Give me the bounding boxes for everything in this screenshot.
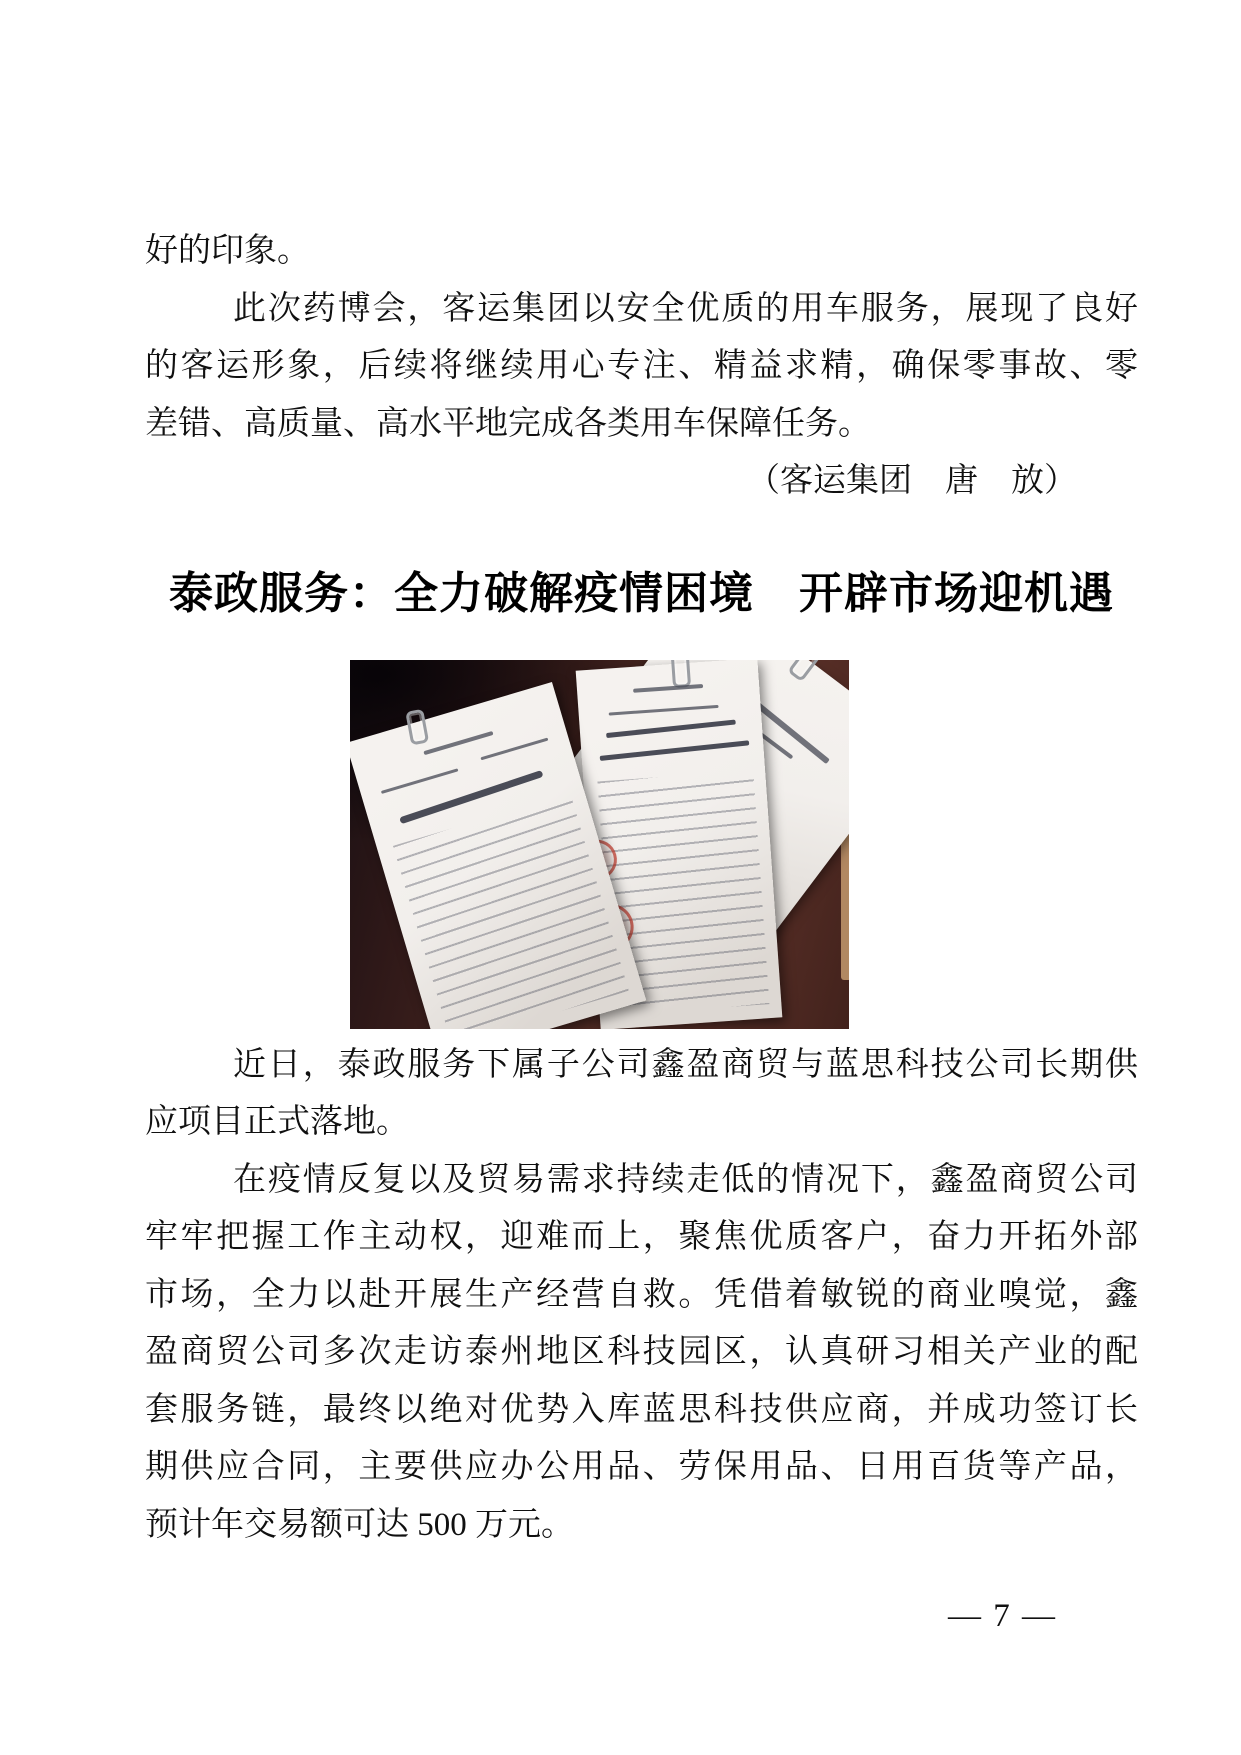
- paragraph: 近日，泰政服务下属子公司鑫盈商贸与蓝思科技公司长期供应项目正式落地。: [145, 1037, 1138, 1152]
- paper-text-line: [609, 704, 719, 715]
- paragraph: 在疫情反复以及贸易需求持续走低的情况下，鑫盈商贸公司牢牢把握工作主动权，迎难而上…: [145, 1152, 1138, 1555]
- documents-photo: ★: [350, 660, 849, 1029]
- content-column: 好的印象。此次药博会，客运集团以安全优质的用车服务，展现了良好的客运形象，后续将…: [145, 223, 1138, 1554]
- attribution-line: （客运集团 唐 放）: [145, 453, 1138, 511]
- text-line: 牢牢把握工作主动权，迎难而上，聚焦优质客户，奋力开拓外部: [145, 1209, 1138, 1267]
- paragraph: 好的印象。: [145, 223, 1138, 281]
- paper-text-lines: [393, 793, 629, 1029]
- article-headline: 泰政服务：全力破解疫情困境 开辟市场迎机遇: [145, 559, 1138, 629]
- text-line: 预计年交易额可达 500 万元。: [145, 1497, 1138, 1555]
- text-line: 应项目正式落地。: [145, 1094, 1138, 1152]
- top-paragraph-group: 好的印象。此次药博会，客运集团以安全优质的用车服务，展现了良好的客运形象，后续将…: [145, 223, 1138, 453]
- handwriting-stroke: [600, 740, 750, 761]
- paper-text-line: [381, 768, 459, 794]
- page-number: — 7 —: [948, 1598, 1057, 1634]
- text-line: 套服务链，最终以绝对优势入库蓝思科技供应商，并成功签订长: [145, 1382, 1138, 1440]
- document-page: 好的印象。此次药博会，客运集团以安全优质的用车服务，展现了良好的客运形象，后续将…: [0, 0, 1241, 1755]
- text-line: 好的印象。: [145, 223, 1138, 281]
- text-line: 市场，全力以赴开展生产经营自救。凭借着敏锐的商业嗅觉，鑫: [145, 1267, 1138, 1325]
- paperclip-icon: [787, 660, 822, 682]
- text-line: 在疫情反复以及贸易需求持续走低的情况下，鑫盈商贸公司: [145, 1152, 1138, 1210]
- bottom-paragraph-group: 近日，泰政服务下属子公司鑫盈商贸与蓝思科技公司长期供应项目正式落地。在疫情反复以…: [145, 1037, 1138, 1555]
- text-line: 此次药博会，客运集团以安全优质的用车服务，展现了良好: [145, 281, 1138, 339]
- text-line: 差错、高质量、高水平地完成各类用车保障任务。: [145, 396, 1138, 454]
- paper-title-line: [423, 730, 493, 754]
- paragraph: 此次药博会，客运集团以安全优质的用车服务，展现了良好的客运形象，后续将继续用心专…: [145, 281, 1138, 454]
- paperclip-icon: [405, 708, 429, 745]
- text-line: 近日，泰政服务下属子公司鑫盈商贸与蓝思科技公司长期供: [145, 1037, 1138, 1095]
- paper-title-line: [633, 683, 703, 692]
- paperclip-icon: [671, 660, 691, 688]
- text-line: 的客运形象，后续将继续用心专注、精益求精，确保零事故、零: [145, 338, 1138, 396]
- text-line: 期供应合同，主要供应办公用品、劳保用品、日用百货等产品，: [145, 1439, 1138, 1497]
- handwriting-stroke: [606, 719, 736, 738]
- text-line: 盈商贸公司多次走访泰州地区科技园区，认真研习相关产业的配: [145, 1324, 1138, 1382]
- paper-text-line: [480, 737, 548, 760]
